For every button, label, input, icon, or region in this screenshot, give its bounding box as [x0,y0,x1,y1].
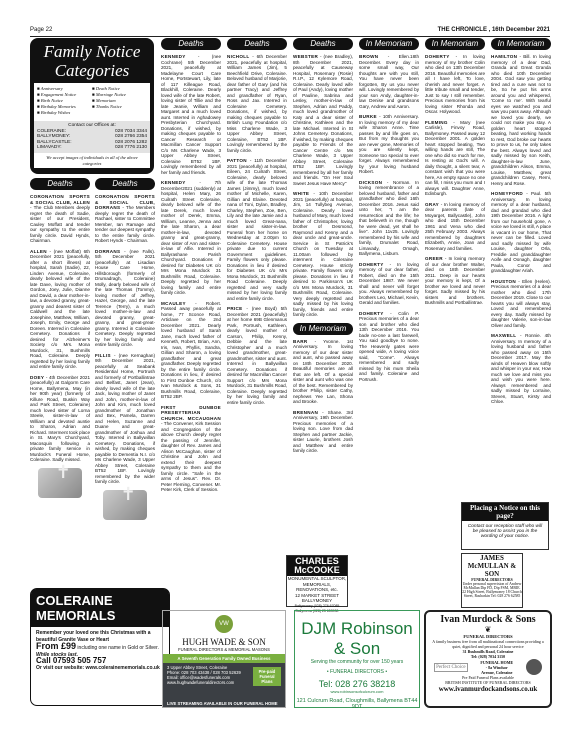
category-item: ■ Thanks Notice [92,104,147,110]
office-row: LIMAVADY:028 7776 2130 [37,145,147,151]
notice: MCAULEY - Robert. Passed away peacefully… [161,301,221,400]
page-number: Page 22 [30,27,52,33]
ornament-icon: ❦ [428,625,548,634]
section-heading-deaths: Deaths [161,38,221,50]
section-heading-deaths: Deaths [293,38,353,50]
notice: DORRANS - (nee Falls). 5th December 2021… [95,249,155,348]
notice: BURKE - 10th Anniversary. In loving memo… [359,114,419,175]
notice: DOHERTY - Colin P. Precious memories of … [359,311,419,383]
section-heading-deaths: Deaths [95,178,155,190]
notice: CORONATION SPORTS & SOCIAL CLUB, ALLEN -… [30,194,90,244]
website-link[interactable]: www.ivanmurdockandsons.co.uk [428,685,548,693]
notice: PATTON - 11th December 2021 (peacefully)… [227,158,287,301]
notice: WEBSTER - (nee Bradley), 8th December 20… [293,54,353,186]
memoriam-column-6: In Memoriam BROWN - Ellen.18th December.… [359,38,419,387]
notice: NICHOLL - 6th December 2021, peacefully … [227,54,287,153]
notice: DOHERTY - In loving memory of my brother… [425,54,485,115]
section-heading-memoriam: In Memoriam [491,38,551,50]
notice: PRICE - (nee Boyd) 5th December 2021 (pe… [227,306,287,405]
category-item: ■ Birthday Wishes [37,110,92,116]
hw-logo-icon: VW [215,615,233,633]
notice: DOEY - 4th December 2021 (peacefully) at… [30,375,90,463]
notice: DICKSON - Norman. In loving remembrance … [359,180,419,257]
masthead-date: THE CHRONICLE , 16th December 2021 [438,27,550,33]
accept-images-note: We accept images of individuals in all o… [38,155,146,166]
notice: HOUSTON - Ellen (Helen). Precious memori… [491,279,551,329]
notice: FLEMING - Mary (nee Carlisle), Finvoy Ro… [425,120,485,197]
section-heading-deaths: Deaths [227,38,287,50]
notice: BROWN - Ellen.18th December. Every day i… [359,54,419,109]
memoriam-column-8: In Memoriam HAMILTON - Bill. In loving m… [491,38,551,410]
notice: MAXWELL - Ronnie. 4th Anniversary. In me… [491,333,551,405]
notice: KENNEDY - (nee Cochrane) 5th December 20… [161,54,221,175]
notice: HONEYFORD - Paul. 5th Anniversary. In lo… [491,191,551,274]
section-heading-memoriam: In Memoriam [293,323,353,335]
section-heading-deaths: Deaths [30,178,90,190]
bible-icon [38,468,82,498]
notice: GREER - In loving memory of our dear bro… [425,256,485,306]
notice: FILLIS - (nee Kernaghan) 9th December 20… [95,353,155,485]
notice: KENNEDY - 7th December2021 (suddenly) at… [161,180,221,296]
djm-robinson-ad[interactable]: DJM Robinson & Son Serving the community… [294,610,420,708]
notice: HAMILTON - Bill. In loving memory of a d… [491,54,551,186]
ivan-murdock-ad[interactable]: Ivan Murdock & Sons ❦ FUNERAL DIRECTORS … [424,610,552,708]
category-list: ■ Anniversary ■ Death Notice ■ Engagemen… [34,83,150,119]
notice: CORONATION SPORTS & SOCIAL CLUB, DORRANS… [95,194,155,244]
deaths-column-4: Deaths NICHOLL - 6th December 2021, peac… [227,38,287,410]
placing-notice-box: Placing a Notice on this page? Contact o… [461,502,549,550]
notice: ALLEN - (nee Moffatt) 6th December 2021 … [30,249,90,370]
notice: FIRST DUNBOE PRESBYTERIAN CHURCH. MCCAUG… [161,405,221,493]
coleraine-memorials-ad[interactable]: COLERAINE MEMORIALS Remember your loved … [30,588,170,706]
charles-mccooke-ad[interactable]: CHARLES McCOOKE MONUMENTAL SCULPTOR, MEM… [286,555,348,607]
james-mcmullan-ad[interactable]: JAMES McMULLAN & SON FUNERAL DIRECTORS U… [461,553,523,608]
notice: GRAY - In loving memory of dear parents … [425,202,485,252]
memoriam-column-7: In Memoriam DOHERTY - In loving memory o… [425,38,485,311]
page-header: Page 22 THE CHRONICLE , 16th December 20… [30,27,550,37]
deaths-column-3: Deaths KENNEDY - (nee Cochrane) 5th Dece… [161,38,221,498]
notice: DOHERTY - In loving memory of our dear f… [359,262,419,306]
deaths-column-1: Deaths CORONATION SPORTS & SOCIAL CLUB, … [30,178,90,502]
hugh-wade-ad[interactable]: VW HUGH WADE & SON FUNERAL DIRECTORS & M… [162,610,286,708]
contact-offices: Contact our Offices at: COLERAINE:028 70… [34,119,150,168]
categories-title: Family Notice Categories [34,42,150,80]
crest-icon [526,659,542,675]
notice: BRENNAN - Shane. 3rd Anniversary, 19th D… [293,410,353,454]
bible-icon [103,490,147,520]
notice: BARR - Yvonne. 1st Anniversary. In lovin… [293,339,353,405]
section-heading-memoriam: In Memoriam [359,38,419,50]
family-notice-categories: Family Notice Categories ■ Anniversary ■… [30,38,154,174]
section-heading-memoriam: In Memoriam [425,38,485,50]
perfect-choice-logo: Perfect Choice [434,663,468,672]
deaths-column-5: Deaths WEBSTER - (nee Bradley), 8th Dece… [293,38,353,459]
notice: WHITE - 10th December 2021 (peacefully) … [293,191,353,318]
deaths-column-2: Deaths CORONATION SPORTS & SOCIAL CLUB, … [95,178,155,524]
phone-number: Tel: 028 276 38218 [295,679,419,689]
website-link[interactable]: Or visit our website: www.colerainememor… [36,665,164,672]
